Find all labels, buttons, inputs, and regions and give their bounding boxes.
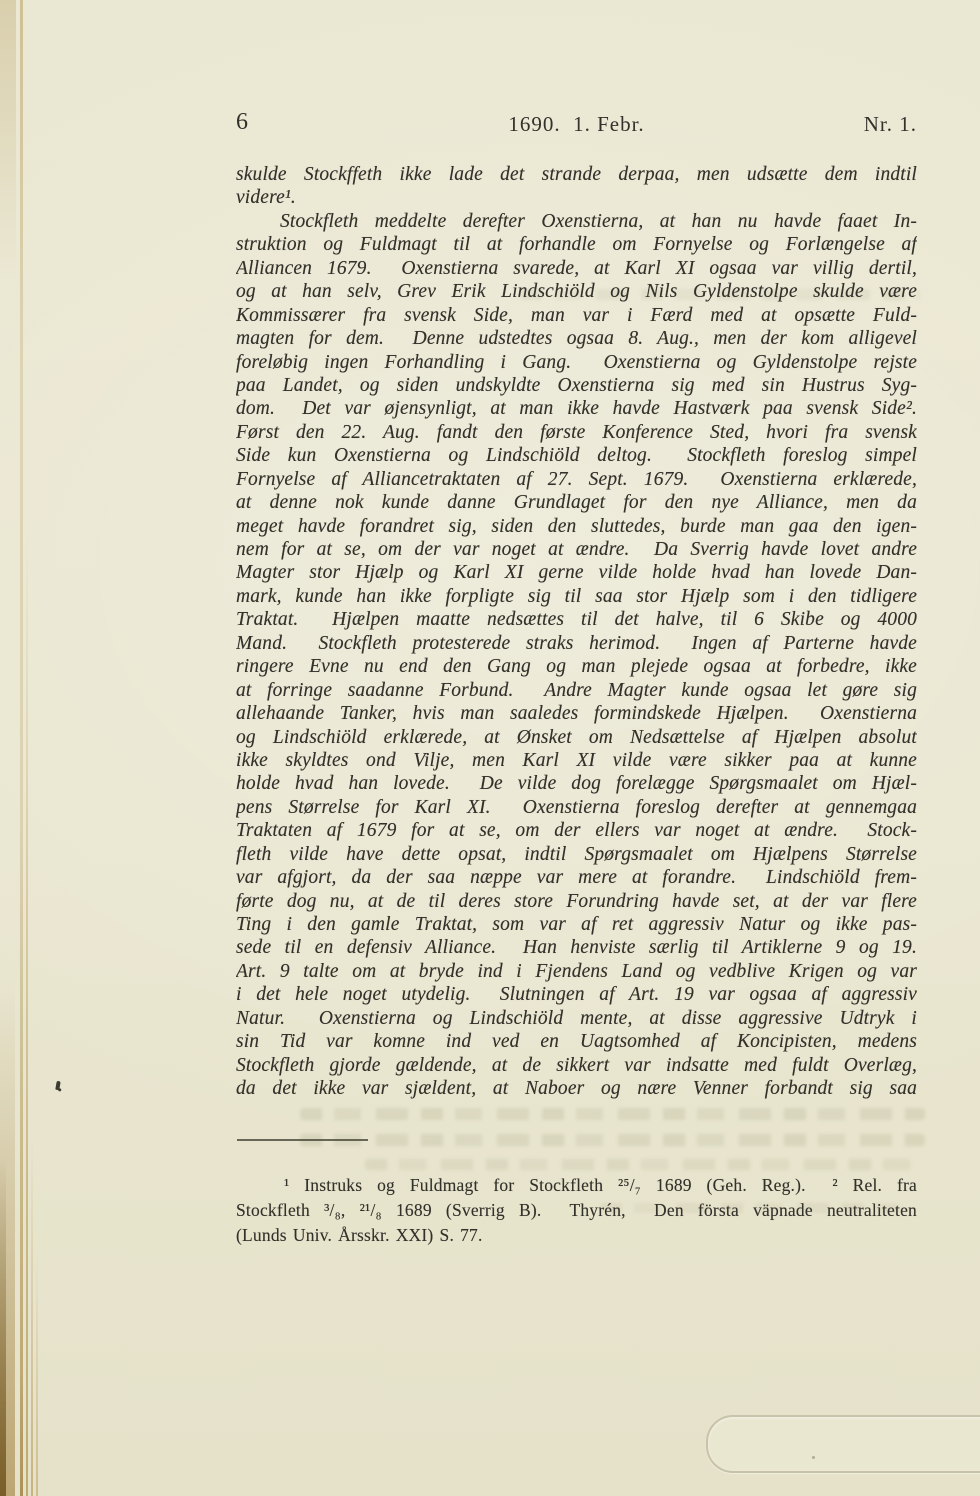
ghost-text-showthrough xyxy=(365,1159,920,1170)
body-text: skulde Stockffeth ikke lade det strande … xyxy=(236,163,917,1101)
body-line: førte dog nu, at de til deres store Foru… xyxy=(236,890,917,913)
body-line: magten for dem. Denne udstedtes ogsaa 8.… xyxy=(236,327,917,350)
body-line: sin Tid var komne ind ved en Uagtsomhed … xyxy=(236,1030,917,1053)
book-page: 6 1690. 1. Febr. Nr. 1. skulde Stockffet… xyxy=(0,0,980,1496)
page-edge-line xyxy=(31,1140,33,1496)
ink-speck xyxy=(55,1081,61,1091)
body-line: og Lindschiöld erklærede, at Ønsket om N… xyxy=(236,726,917,749)
body-line: Først den 22. Aug. fandt den første Konf… xyxy=(236,421,917,444)
body-line: at forringe saadanne Forbund. Andre Magt… xyxy=(236,679,917,702)
footnote-rule xyxy=(237,1139,368,1141)
body-line: dom. Det var øjensynligt, at man ikke ha… xyxy=(236,397,917,420)
body-line: Traktaten af 1679 for at se, om der elle… xyxy=(236,819,917,842)
body-line: Kommissærer fra svensk Side, man var i F… xyxy=(236,304,917,327)
body-line: Art. 9 talte om at bryde ind i Fjendens … xyxy=(236,960,917,983)
issue-number: Nr. 1. xyxy=(864,112,917,137)
body-line: var afgjort, da der saa næppe var mere a… xyxy=(236,866,917,889)
footnotes: ¹ Instruks og Fuldmagt for Stockfleth ²⁵… xyxy=(236,1173,917,1248)
body-line: ikke skyldtes ond Vilje, men Karl XI vil… xyxy=(236,749,917,772)
ink-dot xyxy=(812,1456,815,1459)
ghost-text-showthrough xyxy=(300,1134,925,1146)
body-line: meget havde forandret sig, siden den slu… xyxy=(236,515,917,538)
body-line: mark, kunde han ikke forpligte sig til s… xyxy=(236,585,917,608)
date-heading: 1690. 1. Febr. xyxy=(236,112,917,137)
body-line: foreløbig ingen Forhandling i Gang. Oxen… xyxy=(236,351,917,374)
body-line: i det hele noget utydelig. Slutningen af… xyxy=(236,983,917,1006)
body-line: pens Størrelse for Karl XI. Oxenstierna … xyxy=(236,796,917,819)
body-line: nem for at se, om der var noget at ændre… xyxy=(236,538,917,561)
running-head: 6 1690. 1. Febr. Nr. 1. xyxy=(236,112,917,142)
body-line: Mand. Stockfleth protesterede straks her… xyxy=(236,632,917,655)
body-line: Stockfleth meddelte derefter Oxenstierna… xyxy=(236,210,917,233)
page-edge-line xyxy=(20,0,23,1496)
body-line: Alliancen 1679. Oxenstierna svarede, at … xyxy=(236,257,917,280)
body-line: ringere Evne nu end den Gang og man plej… xyxy=(236,655,917,678)
body-line: Magter stor Hjælp og Karl XI gerne vilde… xyxy=(236,561,917,584)
body-line: Side kun Oxenstierna og Lindschiöld delt… xyxy=(236,444,917,467)
emboss-stamp xyxy=(706,1415,980,1473)
body-line: og at han selv, Grev Erik Lindschiöld og… xyxy=(236,280,917,303)
body-line: fleth vilde have dette opsat, indtil Spø… xyxy=(236,843,917,866)
body-line: Fornyelse af Alliancetraktaten af 27. Se… xyxy=(236,468,917,491)
fn-line: ¹ Instruks og Fuldmagt for Stockfleth ²⁵… xyxy=(236,1173,917,1198)
body-line: allehaande Tanker, hvis man saaledes for… xyxy=(236,702,917,725)
page-edge-shade xyxy=(0,1156,6,1496)
ghost-text-showthrough xyxy=(300,1108,925,1120)
fn-line: Stockfleth ³/₈, ²¹/₈ 1689 (Sverrig B). T… xyxy=(236,1198,917,1223)
fn-line: (Lunds Univ. Årsskr. XXI) S. 77. xyxy=(236,1223,917,1248)
body-line: Natur. Oxenstierna og Lindschiöld mente,… xyxy=(236,1007,917,1030)
body-line: videre¹. xyxy=(236,186,917,209)
body-line: struktion og Fuldmagt til at forhandle o… xyxy=(236,233,917,256)
body-line: da det ikke var sjældent, at Naboer og n… xyxy=(236,1077,917,1100)
body-line: paa Landet, og siden undskyldte Oxenstie… xyxy=(236,374,917,397)
page-edge-line xyxy=(36,1250,38,1496)
body-line: Stockfleth gjorde gældende, at de sikker… xyxy=(236,1054,917,1077)
body-line: holde hvad han lovede. De vilde dog fore… xyxy=(236,772,917,795)
body-line: at denne nok kunde danne Grundlaget for … xyxy=(236,491,917,514)
body-line: Ting i den gamle Traktat, som var af ret… xyxy=(236,913,917,936)
body-line: Traktat. Hjælpen maatte nedsættes til de… xyxy=(236,608,917,631)
body-line: sede til en defensiv Alliance. Han henvi… xyxy=(236,936,917,959)
page-edge-shade xyxy=(0,0,16,280)
page-edge-line xyxy=(26,520,28,1496)
body-line: skulde Stockffeth ikke lade det strande … xyxy=(236,163,917,186)
